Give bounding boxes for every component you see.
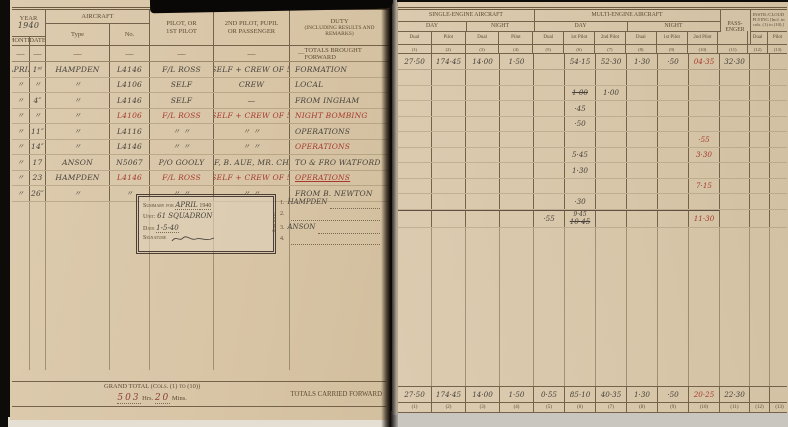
log-cell [596, 210, 627, 227]
log-cell: ·55 [534, 210, 565, 227]
log-cell [500, 148, 534, 163]
log-cell [466, 132, 500, 147]
log-cell [750, 210, 770, 227]
left-table-header: YEAR 1940 MONTH DATE AIRCRAFT Type No. P… [12, 7, 389, 46]
log-cell [750, 70, 770, 85]
log-cell [689, 86, 720, 101]
log-cell: 32·30 [720, 54, 750, 69]
log-cell [596, 70, 627, 85]
log-cell [627, 148, 658, 163]
log-cell [398, 163, 432, 178]
unit-label: Unit: [143, 214, 156, 220]
log-cell: 〃 [12, 155, 30, 170]
log-cell: OPERATIONS [290, 140, 389, 155]
column-number: (10) [688, 45, 719, 53]
leaf-column-label: Pilot [499, 31, 533, 44]
column-number: (2) [432, 403, 466, 412]
log-cell: 20·25 [689, 387, 720, 402]
column-number: (3) [466, 403, 500, 412]
log-cell [534, 194, 565, 209]
log-cell: ·50 [658, 54, 689, 69]
log-cell [500, 194, 534, 209]
left-page-footer: GRAND TOTAL (Cols. (1) to (10)) 503 Hrs.… [12, 381, 386, 407]
log-cell: 14·00 [466, 54, 500, 69]
log-cell [750, 117, 770, 132]
log-cell: 1·50 [500, 54, 534, 69]
log-cell [565, 179, 596, 194]
log-cell: 52·30 [596, 54, 627, 69]
log-cell [596, 163, 627, 178]
instr-cloud-column-label: INSTR./CLOUD FLYING [Incl. in cols. (1) … [750, 10, 787, 32]
leaf-column-label: Dual [533, 31, 564, 44]
log-cell: 〃 〃 [214, 140, 290, 155]
log-cell [750, 387, 770, 402]
log-cell [466, 163, 500, 178]
log-cell: OPERATIONS [290, 124, 389, 139]
log-cell [720, 117, 750, 132]
duty-column-label: DUTY (INCLUDING RESULTS AND REMARKS) [290, 10, 389, 45]
log-cell [770, 101, 788, 116]
log-cell [534, 54, 565, 69]
log-cell: 17 [30, 155, 46, 170]
grand-total: GRAND TOTAL (Cols. (1) to (10)) 503 Hrs.… [104, 382, 200, 405]
leaf-column-label: Pilot [768, 31, 787, 44]
column-number: (13) [770, 403, 788, 412]
log-cell [770, 86, 788, 101]
log-cell: 〃 [12, 93, 30, 108]
logbook-entry-row: 〃17ANSONN5067P/O GOOLYSELF, B. AUE, MR. … [12, 155, 389, 171]
logbook-entry-row: 〃11″〃L4116〃 〃〃 〃OPERATIONS [12, 124, 389, 140]
log-cell [398, 210, 432, 227]
log-cell [750, 54, 770, 69]
grand-total-minutes: 20 [155, 393, 170, 404]
column-number: (1) [398, 403, 432, 412]
log-cell: ·50 [565, 117, 596, 132]
log-cell: 〃 [12, 186, 30, 201]
totals-brought-forward-row: — — — — — — — TOTALS BROUGHT FORWARD [12, 46, 389, 62]
aircraft-list-item: 1.HAMPDEN [280, 196, 380, 209]
logbook-entry-row: 〃4″〃L4146SELF—FROM INGHAM [12, 93, 389, 109]
log-cell [534, 179, 565, 194]
log-cell [432, 132, 466, 147]
log-cell [658, 179, 689, 194]
log-cell: 27·50 [398, 54, 432, 69]
header-column-numbers: (1)(2)(3)(4)(5)(6)(7)(8)(9)(10)(11)(12)(… [398, 44, 787, 53]
log-cell [770, 179, 788, 194]
log-cell [770, 70, 788, 85]
pilot-column-label: PILOT, OR 1ST PILOT [150, 10, 214, 45]
log-cell [750, 179, 770, 194]
aircraft-list-item: 3.ANSON [280, 221, 380, 234]
log-cell: SELF [150, 78, 214, 93]
log-cell [398, 148, 432, 163]
summary-period: APRIL [175, 201, 197, 210]
hours-entry-row: 1·30 [398, 163, 787, 179]
log-cell: 23 [30, 171, 46, 186]
hours-entry-row: ·50 [398, 117, 787, 133]
log-cell: SELF, B. AUE, MR. CHAM. [214, 155, 290, 170]
no-column-label: No. [110, 24, 150, 45]
log-cell [466, 210, 500, 227]
log-cell [658, 148, 689, 163]
log-cell [770, 194, 788, 209]
column-number: (1) [398, 45, 432, 53]
log-cell [627, 210, 658, 227]
log-cell [720, 148, 750, 163]
hours-entry-row: 7·15 [398, 179, 787, 195]
log-cell [750, 163, 770, 178]
log-cell: 〃 [46, 109, 110, 124]
log-cell [627, 132, 658, 147]
log-cell [565, 70, 596, 85]
log-cell: L4116 [110, 124, 150, 139]
log-cell: 174·45 [432, 54, 466, 69]
log-cell: 1·00 [565, 86, 596, 101]
logbook-entry-row: 〃14″〃L4146〃 〃〃 〃OPERATIONS [12, 140, 389, 156]
leaf-column-label [718, 31, 748, 44]
summary-label: Summary for [143, 203, 174, 209]
log-cell [658, 117, 689, 132]
log-cell [534, 148, 565, 163]
monthly-summary-box: Summary for APRIL 1940 Unit: 61 SQUADRON… [138, 196, 274, 252]
column-number: (7) [595, 45, 626, 53]
right-page: SINGLE-ENGINE AIRCRAFT MULTI-ENGINE AIRC… [397, 2, 788, 413]
column-number: (6) [564, 45, 595, 53]
summary-year: 1940 [199, 203, 211, 210]
log-cell: L4146 [110, 171, 150, 186]
log-cell [720, 86, 750, 101]
log-cell: F/L ROSS [150, 62, 214, 77]
leaf-column-label: Dual [398, 31, 432, 44]
log-cell: 1·00 [596, 86, 627, 101]
log-cell: F/L ROSS [150, 109, 214, 124]
signature-scribble [170, 234, 216, 243]
column-number: (9) [657, 45, 688, 53]
left-log-table: YEAR 1940 MONTH DATE AIRCRAFT Type No. P… [12, 7, 389, 370]
log-cell [720, 194, 750, 209]
log-cell: ·55 [689, 132, 720, 147]
log-cell [398, 117, 432, 132]
log-cell [398, 194, 432, 209]
log-cell: 5·45 [565, 148, 596, 163]
log-cell: 〃 [46, 140, 110, 155]
log-cell: 0·55 [534, 387, 565, 402]
log-cell: 11·30 [689, 210, 720, 227]
log-cell: 1·50 [500, 387, 534, 402]
log-cell [658, 163, 689, 178]
log-cell: 54·15 [565, 54, 596, 69]
log-cell [398, 132, 432, 147]
log-cell [466, 101, 500, 116]
log-cell: CREW [214, 78, 290, 93]
log-cell [720, 70, 750, 85]
log-cell: 1·30 [627, 387, 658, 402]
log-cell [466, 148, 500, 163]
right-table-header: SINGLE-ENGINE AIRCRAFT MULTI-ENGINE AIRC… [398, 7, 787, 54]
column-number: (3) [466, 45, 500, 53]
page-edge-under-right [390, 411, 788, 427]
log-cell [596, 101, 627, 116]
type-column-label: Type [46, 24, 110, 45]
month-column-label: MONTH [12, 37, 30, 45]
ruled-columns-blank-right [398, 228, 787, 386]
log-cell: 〃 [30, 78, 46, 93]
log-cell [689, 194, 720, 209]
hours-carried-forward-row: 27·50174·4514·001·500·5585·1040·351·30·5… [398, 386, 787, 402]
log-cell [720, 210, 750, 227]
log-cell [720, 132, 750, 147]
log-cell: 14·00 [466, 387, 500, 402]
log-cell: FORMATION [290, 62, 389, 77]
log-cell [750, 86, 770, 101]
aircraft-list-label: Aircraft [272, 196, 278, 248]
leaf-column-label: Dual [466, 31, 500, 44]
log-cell [720, 101, 750, 116]
leaf-column-label: 2nd Pilot [595, 31, 626, 44]
log-cell [689, 163, 720, 178]
log-cell [770, 132, 788, 147]
log-cell [689, 117, 720, 132]
logbook-entries: APRIL1ˢᵗHAMPDENL4146F/L ROSSSELF + CREW … [12, 62, 389, 202]
log-cell: 〃 [30, 109, 46, 124]
date-column-label: DATE [30, 37, 46, 45]
log-cell: 〃 [46, 93, 110, 108]
log-cell [398, 86, 432, 101]
log-cell [770, 148, 788, 163]
column-number: (12) [750, 403, 770, 412]
hours-entry-row: ·30 [398, 194, 787, 210]
leaf-column-label: 1st Pilot [657, 31, 688, 44]
log-cell [627, 163, 658, 178]
log-cell: 〃 [12, 109, 30, 124]
leaf-column-label: 1st Pilot [564, 31, 595, 44]
log-cell: 〃 [12, 78, 30, 93]
log-cell: L4146 [110, 62, 150, 77]
log-cell: 1·30 [627, 54, 658, 69]
log-cell: 7·15 [689, 179, 720, 194]
log-cell: 27·50 [398, 387, 432, 402]
aircraft-list-item: 4. [280, 234, 380, 245]
log-cell [658, 101, 689, 116]
log-cell [466, 179, 500, 194]
log-cell: TO & FRO WATFORD [290, 155, 389, 170]
log-cell: ·45 [565, 101, 596, 116]
log-cell [500, 86, 534, 101]
column-number: (7) [596, 403, 627, 412]
totals-brought-forward-label: — TOTALS BROUGHT FORWARD [290, 46, 389, 61]
log-cell [750, 132, 770, 147]
right-hours-table: SINGLE-ENGINE AIRCRAFT MULTI-ENGINE AIRC… [398, 7, 787, 413]
column-number: (4) [499, 45, 533, 53]
column-number: (11) [718, 45, 748, 53]
log-cell [466, 86, 500, 101]
aircraft-group-label: AIRCRAFT [46, 10, 150, 24]
log-cell [627, 101, 658, 116]
log-cell: 1·30 [565, 163, 596, 178]
left-page: YEAR 1940 MONTH DATE AIRCRAFT Type No. P… [10, 0, 390, 420]
log-cell [658, 132, 689, 147]
footer-column-numbers: (1)(2)(3)(4)(5)(6)(7)(8)(9)(10)(11)(12)(… [398, 402, 787, 413]
log-cell [500, 163, 534, 178]
log-cell [720, 179, 750, 194]
log-cell [398, 70, 432, 85]
unit-value: 61 SQUADRON [157, 212, 212, 220]
log-cell: 〃 [12, 140, 30, 155]
log-cell [627, 86, 658, 101]
log-cell: 9·4510·45 [565, 210, 596, 227]
log-cell: F/L ROSS [150, 171, 214, 186]
log-cell: P/O GOOLY [150, 155, 214, 170]
log-cell [689, 101, 720, 116]
date-value: 1-5-40 [156, 224, 179, 233]
column-number: (5) [534, 403, 565, 412]
column-number: (5) [533, 45, 564, 53]
log-cell [398, 179, 432, 194]
column-number: (2) [432, 45, 466, 53]
log-cell: 〃 [12, 124, 30, 139]
log-cell [770, 210, 788, 227]
log-cell: 〃 〃 [150, 140, 214, 155]
log-cell [534, 86, 565, 101]
log-cell [658, 194, 689, 209]
log-cell [596, 194, 627, 209]
log-cell: NIGHT BOMBING [290, 109, 389, 124]
logbook-scan: YEAR 1940 MONTH DATE AIRCRAFT Type No. P… [0, 0, 788, 427]
year-header: YEAR 1940 [12, 10, 46, 37]
log-cell [627, 117, 658, 132]
log-cell [750, 148, 770, 163]
leaf-column-label: Dual [626, 31, 657, 44]
hours-entry-row: 5·453·30 [398, 148, 787, 164]
log-cell [770, 117, 788, 132]
column-number: (8) [627, 403, 658, 412]
month-total-row: ·559·4510·4511·30 [398, 210, 787, 228]
log-cell: SELF + CREW OF 5 [214, 109, 290, 124]
column-number: (9) [658, 403, 689, 412]
log-cell [432, 148, 466, 163]
logbook-entry-row: 〃23HAMPDENL4146F/L ROSSSELF + CREW OF 5O… [12, 171, 389, 187]
log-cell [500, 210, 534, 227]
log-cell [658, 70, 689, 85]
column-number: (8) [626, 45, 657, 53]
logbook-entry-row: 〃〃〃L4106F/L ROSSSELF + CREW OF 5NIGHT BO… [12, 109, 389, 125]
log-cell: 〃 [46, 78, 110, 93]
log-cell [432, 194, 466, 209]
log-cell: APRIL [12, 62, 30, 77]
year-value: 1940 [18, 22, 40, 31]
log-cell: 22·30 [720, 387, 750, 402]
log-cell [596, 179, 627, 194]
log-cell [627, 179, 658, 194]
log-cell: ·50 [658, 387, 689, 402]
log-cell: 04·35 [689, 54, 720, 69]
log-cell [432, 163, 466, 178]
log-cell: 〃 [12, 171, 30, 186]
log-cell: 1ˢᵗ [30, 62, 46, 77]
logbook-entry-row: APRIL1ˢᵗHAMPDENL4146F/L ROSSSELF + CREW … [12, 62, 389, 78]
log-cell: 174·45 [432, 387, 466, 402]
log-cell: 40·35 [596, 387, 627, 402]
hours-brought-forward-row: 27·50174·4514·001·5054·1552·301·30·5004·… [398, 54, 787, 70]
log-cell [432, 86, 466, 101]
log-cell: OPERATIONS [290, 171, 389, 186]
log-cell [750, 101, 770, 116]
log-cell [466, 117, 500, 132]
column-number: (11) [720, 403, 750, 412]
log-cell: SELF [150, 93, 214, 108]
log-cell [398, 101, 432, 116]
log-cell [500, 132, 534, 147]
log-cell: SELF + CREW OF 5 [214, 62, 290, 77]
log-cell [466, 194, 500, 209]
log-cell [565, 132, 596, 147]
log-cell: HAMPDEN [46, 62, 110, 77]
log-cell: L4146 [110, 93, 150, 108]
log-cell [658, 210, 689, 227]
log-cell [500, 70, 534, 85]
log-cell: 〃 〃 [214, 124, 290, 139]
grand-total-hours: 503 [117, 393, 140, 404]
logbook-entry-row: 〃〃〃L4106SELFCREWLOCAL [12, 78, 389, 94]
column-number: (13) [768, 45, 787, 53]
log-cell: SELF + CREW OF 5 [214, 171, 290, 186]
hours-entry-row: ·45 [398, 101, 787, 117]
log-cell [534, 132, 565, 147]
log-cell: LOCAL [290, 78, 389, 93]
log-cell: L4106 [110, 109, 150, 124]
book-spine-shadow [381, 0, 398, 427]
column-number: (10) [689, 403, 720, 412]
log-cell [770, 387, 788, 402]
log-cell [750, 194, 770, 209]
log-cell [432, 179, 466, 194]
log-cell: 4″ [30, 93, 46, 108]
leaf-column-label: 2nd Pilot [688, 31, 719, 44]
log-cell [432, 70, 466, 85]
log-cell [432, 210, 466, 227]
leaf-column-labels: DualPilotDualPilotDual1st Pilot2nd Pilot… [398, 31, 787, 44]
log-cell: 3·30 [689, 148, 720, 163]
log-cell: 26″ [30, 186, 46, 201]
log-cell: 〃 [46, 186, 110, 201]
column-number: (12) [748, 45, 768, 53]
leaf-column-label: Dual [748, 31, 768, 44]
log-cell [596, 132, 627, 147]
log-cell [500, 117, 534, 132]
log-cell [534, 70, 565, 85]
grand-total-label: GRAND TOTAL (Cols. (1) to (10)) [104, 382, 200, 392]
leaf-column-label: Pilot [432, 31, 466, 44]
log-cell [627, 194, 658, 209]
log-cell: 85·10 [565, 387, 596, 402]
log-cell: L4146 [110, 140, 150, 155]
log-cell: FROM INGHAM [290, 93, 389, 108]
column-number: (4) [500, 403, 534, 412]
log-cell [500, 179, 534, 194]
log-cell [770, 54, 788, 69]
log-cell [466, 70, 500, 85]
log-cell [596, 117, 627, 132]
totals-carried-forward-label: TOTALS CARRIED FORWARD [291, 391, 382, 398]
column-number: (6) [565, 403, 596, 412]
log-cell [432, 117, 466, 132]
hours-entry-row: ·55 [398, 132, 787, 148]
hours-entry-row [398, 70, 787, 86]
log-cell: 〃 〃 [150, 124, 214, 139]
log-cell: 〃 [46, 124, 110, 139]
aircraft-list-item: 2. [280, 209, 380, 220]
log-cell: ·30 [565, 194, 596, 209]
